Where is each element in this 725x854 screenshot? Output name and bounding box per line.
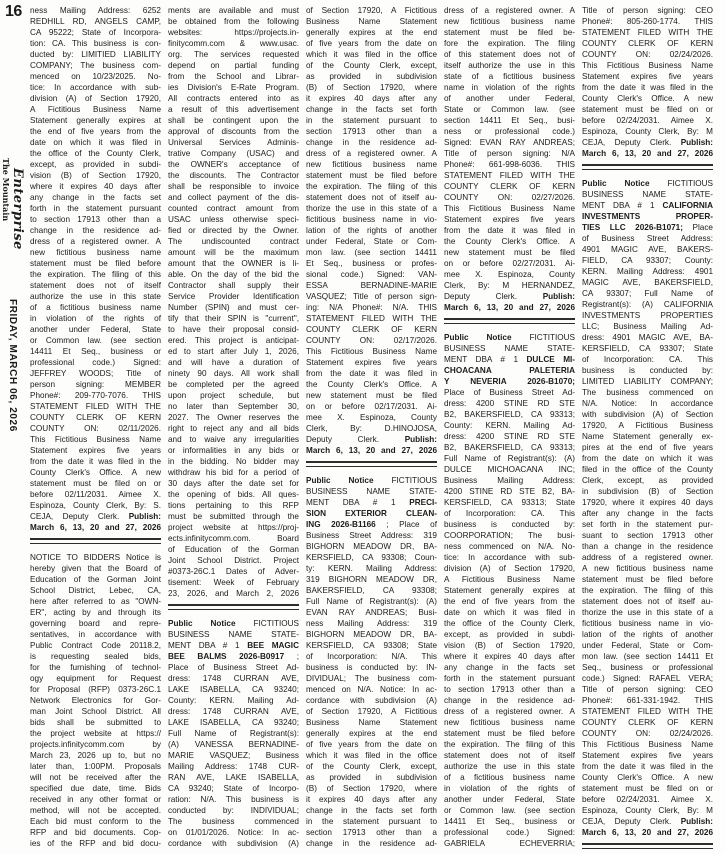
- text-line: statement does not of itself au-: [306, 192, 437, 203]
- text-line: County: KERN. Mailing Ad-: [444, 420, 575, 431]
- text-line: Each bid must conform to the: [30, 816, 161, 827]
- text-line: professional code.) Signed:: [30, 357, 161, 368]
- text-line: lation of the rights of another: [306, 225, 437, 236]
- text-line: ducted by: LIMITIED LIABILITY: [30, 49, 161, 60]
- text-line: Statement expires five years: [582, 750, 713, 761]
- text-line: 14411 Et Seq., business or: [30, 346, 161, 357]
- text-line: the expiration. The filing of this: [30, 269, 161, 280]
- text-line: Universal Services Adminis-: [168, 137, 299, 148]
- text-line: new fictitious business name: [306, 159, 437, 170]
- text-line: under Federal, State or Com-: [582, 640, 713, 651]
- text-line: LLC; Business Mailing Ad-: [582, 321, 713, 332]
- text-line: on 01/01/2026. Notice: In ac-: [168, 827, 299, 838]
- text-line: change in the residence ad-: [444, 695, 575, 706]
- text-line: fictitious business name in vio-: [582, 618, 713, 629]
- text-line: person signing: MEMBER: [30, 379, 161, 390]
- text-line: March 6, 13, 20 and 27, 2026: [30, 522, 161, 533]
- text-line: mee X. Espinoza, County: [306, 412, 437, 423]
- text-line: COUNTY ON: 02/27/2026.: [444, 192, 575, 203]
- text-line: COUNTY ON: 02/11/2026.: [30, 423, 161, 434]
- text-line: any change in the facts set: [30, 192, 161, 203]
- text-line: cordance with subdivision (A): [168, 838, 299, 849]
- text-line: new statement must be filed: [306, 390, 437, 401]
- text-line: for the furnishing of technol-: [30, 662, 161, 673]
- text-line: MARIE VASQUEZ; Business: [168, 750, 299, 761]
- section-divider: [582, 164, 713, 170]
- text-line: of the County Clerk, except,: [306, 761, 437, 772]
- text-line: approval of discounts from the: [168, 126, 299, 137]
- text-line: which it was filed in the office: [306, 49, 437, 60]
- text-line: CEJA, Deputy Clerk. Publish:: [582, 137, 713, 148]
- text-line: thorize the use in this state of a: [582, 607, 713, 618]
- news-column-2: ments are available and mustbe obtained …: [168, 5, 299, 854]
- text-line: any change in the facts set: [444, 662, 575, 673]
- text-line: than a change in the residence: [582, 541, 713, 552]
- text-line: code.) Signed: RAFAEL VERA;: [582, 673, 713, 684]
- text-line: Mailing Address: 1748 CUR-: [168, 761, 299, 772]
- text-line: where it expires 40 days after: [444, 651, 575, 662]
- text-line: mon law. (see section 14411: [306, 247, 437, 258]
- text-line: section 17913 other than a: [306, 827, 437, 838]
- text-line: the end of five years from the: [30, 126, 161, 137]
- text-line: before 02/24/2031. Aimee X.: [582, 115, 713, 126]
- text-line: LIMITED LIABILITY COMPANY;: [582, 376, 713, 387]
- text-line: LAKE ISABELLA, CA 93240;: [168, 684, 299, 695]
- section-divider: [582, 843, 713, 849]
- text-line: set forth in the statement pur-: [582, 519, 713, 530]
- text-line: MENT DBA # 1 PRECI-: [306, 497, 437, 508]
- text-line: another under Federal, State: [444, 794, 575, 805]
- text-line: counted contract amount from: [168, 203, 299, 214]
- text-line: lation of the rights of another: [582, 629, 713, 640]
- text-line: tion: CA. This business is con-: [30, 38, 161, 49]
- text-line: mon law. (see section 14411 Et: [582, 651, 713, 662]
- text-line: COUNTY CLERK OF KERN: [30, 412, 161, 423]
- text-line: Seq., business or professional: [582, 662, 713, 673]
- text-line: to section 17913 other than a: [30, 214, 161, 225]
- text-line: The undiscounted contract: [168, 236, 299, 247]
- text-line: division (A) of Section 17920,: [444, 563, 575, 574]
- text-line: statement must be filed on or: [582, 104, 713, 115]
- text-line: section 17913 other than a: [306, 126, 437, 137]
- text-line: March 23, 2026 up to, but no: [30, 750, 161, 761]
- text-line: fore the expiration. The filing: [444, 38, 575, 49]
- text-line: STATEMENT FILED WITH THE: [444, 170, 575, 181]
- text-line: ninety 90 days. All work shall: [168, 368, 299, 379]
- text-line: statement does not of itself: [444, 750, 575, 761]
- text-line: COUNTY CLERK OF KERN: [582, 717, 713, 728]
- text-line: forth in the statement pursuant: [444, 673, 575, 684]
- text-line: MENT DBA # 1 DULCE MI-: [444, 354, 575, 365]
- text-line: finitycomm.com & www.usac.: [168, 38, 299, 49]
- text-line: authorize the use in this state: [444, 761, 575, 772]
- text-line: JEFFREY WOODS; Title of: [30, 368, 161, 379]
- text-line: (B) of Section 17920, where: [306, 783, 437, 794]
- text-line: of Incorporation: N/A. This: [306, 651, 437, 662]
- text-line: must be submitted through the: [168, 511, 299, 522]
- text-line: or Common law. (see section: [444, 805, 575, 816]
- text-line: mee X. Espinoza, County: [444, 269, 575, 280]
- text-line: which it was filed in the office: [306, 750, 437, 761]
- text-line: new fictitious business name: [444, 16, 575, 27]
- text-line: COORPORATION; The busi-: [444, 530, 575, 541]
- text-line: Service Provider Identification: [168, 291, 299, 302]
- text-line: another under Federal, State: [30, 324, 161, 335]
- text-line: of five years from the date on: [306, 38, 437, 49]
- text-line: B2, BAKERSFIELD, CA 93313;: [444, 409, 575, 420]
- text-line: Phone#: 805-260-1774. THIS: [582, 16, 713, 27]
- text-line: 30 days after the date set for: [168, 478, 299, 489]
- text-line: from the date it was filed in the: [30, 456, 161, 467]
- text-line: the office of the County Clerk,: [30, 148, 161, 159]
- text-line: as provided in subdivision: [306, 772, 437, 783]
- text-line: Phone#: 661-998-6036. THIS: [444, 159, 575, 170]
- text-line: tice: In accordance with sub-: [30, 82, 161, 93]
- text-line: shall be responsible to invoice: [168, 181, 299, 192]
- news-column-3: of Section 17920, A FictitiousBusiness N…: [306, 5, 437, 854]
- text-line: Public Notice FICTITIOUS: [168, 618, 299, 629]
- text-line: from the date it was filed in: [306, 368, 437, 379]
- text-line: Espinoza, County Clerk, By: M: [582, 126, 713, 137]
- text-line: All contracts entered into as: [168, 93, 299, 104]
- text-line: VASQUEZ; Title of person sign-: [306, 291, 437, 302]
- text-line: new statement must be filed: [444, 247, 575, 258]
- section-divider: [444, 318, 575, 324]
- text-line: change in the residence ad-: [306, 838, 437, 849]
- text-line: in violation of the rights of: [444, 783, 575, 794]
- text-line: Registrant(s): (A) CALIFORNIA: [582, 299, 713, 310]
- text-line: generally expires at the end: [306, 728, 437, 739]
- text-line: Network Electronics for Gor-: [30, 695, 161, 706]
- text-line: dress: 1748 CURRAN AVE,: [168, 706, 299, 717]
- text-line: with subdivision (A) of Section: [582, 409, 713, 420]
- text-line: ness commenced on N/A. No-: [444, 541, 575, 552]
- text-line: the OWNER's acceptance of: [168, 159, 299, 170]
- text-line: from the date it was filed in: [444, 225, 575, 236]
- text-line: Signed: EVAN RAY ANDREAS;: [444, 137, 575, 148]
- text-line: depend on partial funding: [168, 60, 299, 71]
- text-line: professional code.) Signed:: [444, 827, 575, 838]
- text-line: INVESTMENTS PROPERTIES: [582, 310, 713, 321]
- text-line: project website at https://proj-: [168, 522, 299, 533]
- text-line: here after referred to as "OWN-: [30, 596, 161, 607]
- text-line: is requesting sealed bids,: [30, 651, 161, 662]
- text-line: (B) of Section 17920, where: [306, 82, 437, 93]
- text-line: menced on N/A. Notice: In ac-: [306, 684, 437, 695]
- text-line: statement must be filed before: [444, 728, 575, 739]
- text-line: 2027. The Owner reserves the: [168, 412, 299, 423]
- text-line: COUNTY CLERK OF KERN: [444, 181, 575, 192]
- text-line: the expiration. The filing of this: [582, 585, 713, 596]
- text-line: ration: N/A. This business is: [168, 794, 299, 805]
- text-line: 4901 MAGIC AVE, BAKERS-: [582, 244, 713, 255]
- text-line: BAKERSFIELD, CA 93308;: [306, 585, 437, 596]
- text-line: 23, 2026, and March 2, 2026: [168, 588, 299, 599]
- text-line: statement must be filed be-: [444, 27, 575, 38]
- text-line: Public Notice FICTITIOUS: [444, 332, 575, 343]
- text-line: Statement generally expires at: [444, 585, 575, 596]
- text-line: Contractor shall supply their: [168, 280, 299, 291]
- text-line: RFP and bid documents. Cop-: [30, 827, 161, 838]
- text-line: The business commenced: [168, 816, 299, 827]
- text-line: A Fictitious Business Name: [30, 104, 161, 115]
- text-line: shall be contingent upon the: [168, 115, 299, 126]
- text-line: or informalities in any bids or: [168, 445, 299, 456]
- text-line: Statement expires five years: [306, 357, 437, 368]
- text-line: CEJA, Deputy Clerk. Publish:: [30, 511, 161, 522]
- text-line: of five years from the date on: [306, 739, 437, 750]
- text-line: CA 95222; State of Incorpora-: [30, 27, 161, 38]
- news-column-4: dress of a registered owner. Anew fictit…: [444, 5, 575, 854]
- text-line: ogy equipment for Request: [30, 673, 161, 684]
- text-line: BUSINESS NAME STATE-: [582, 189, 713, 200]
- text-line: Clerk, By: D.HINOJOSA,: [306, 423, 437, 434]
- masthead-title-line2: Enterprise: [10, 168, 25, 250]
- text-line: STATEMENT FILED WITH THE: [582, 706, 713, 717]
- text-line: governing board and repre-: [30, 618, 161, 629]
- text-line: and collect payment of the dis-: [168, 192, 299, 203]
- text-line: it expires 40 days after any: [306, 794, 437, 805]
- text-line: websites: https://projects.in-: [168, 27, 299, 38]
- text-line: LAKE ISABELLA, CA 93240;: [168, 717, 299, 728]
- text-line: menced on 10/23/2025. No-: [30, 71, 161, 82]
- text-line: March 6, 13, 20 and 27, 2026: [582, 827, 713, 838]
- section-divider: [306, 461, 437, 467]
- text-line: BUSINESS NAME STATE-: [306, 486, 437, 497]
- text-line: division (A) of Section 17920,: [30, 93, 161, 104]
- newspaper-page: 16 The Mountain Enterprise FRIDAY, MARCH…: [0, 0, 725, 854]
- text-line: DULCE MICHOACANA INC;: [444, 464, 575, 475]
- text-line: and to waive any irregularities: [168, 434, 299, 445]
- text-line: ed to start after July 1, 2026,: [168, 346, 299, 357]
- text-line: Public Notice FICTITIOUS: [306, 475, 437, 486]
- text-line: of Education of the Gorman: [168, 544, 299, 555]
- text-line: the office of the County Clerk,: [444, 618, 575, 629]
- text-line: from the date on which it was: [582, 453, 713, 464]
- text-line: after any change in the facts: [582, 508, 713, 519]
- text-line: KERSFIELD, CA 93308; State: [306, 640, 437, 651]
- text-line: vision (B) of Section 17920,: [30, 170, 161, 181]
- text-line: from the School and Librar-: [168, 71, 299, 82]
- text-line: date on which it was filed in: [30, 137, 161, 148]
- text-line: ies Division's E-Rate Program.: [168, 82, 299, 93]
- text-line: BUSINESS NAME STATE-: [444, 343, 575, 354]
- page-edge-sidebar: 16 The Mountain Enterprise FRIDAY, MARCH…: [0, 0, 29, 854]
- text-line: sentatives, in accordance with: [30, 629, 161, 640]
- text-line: in the statement pursuant to: [306, 816, 437, 827]
- text-line: the County Clerk's Office. A: [444, 236, 575, 247]
- text-line: of a fictitious business name: [30, 302, 161, 313]
- text-line: of Section 17920, A Fictitious: [306, 706, 437, 717]
- text-line: B2, BAKERSFIELD, CA 93313;: [444, 442, 575, 453]
- text-line: for Proposal (RFP) 0373-26C.1: [30, 684, 161, 695]
- text-line: filed in the office of the County: [582, 464, 713, 475]
- text-line: ING 2026-B1166 ; Place of: [306, 519, 437, 530]
- text-line: Full Name of Registrant(s):: [168, 728, 299, 739]
- text-line: March 6, 13, 20 and 27, 2026: [444, 302, 575, 313]
- text-line: Phone#: 661-331-1942. THIS: [582, 695, 713, 706]
- text-line: Education of the Gorman Joint: [30, 574, 161, 585]
- text-line: statement must be filed on or: [30, 478, 161, 489]
- text-line: name in violation of the rights: [444, 82, 575, 93]
- text-line: ments are available and must: [168, 5, 299, 16]
- news-column-1: ness Mailing Address: 6252REDHILL RD, AN…: [30, 5, 161, 854]
- text-line: in subdivision (B) of Section: [582, 486, 713, 497]
- text-line: USAC unless otherwise speci-: [168, 214, 299, 225]
- section-divider: [168, 604, 299, 610]
- text-line: COUNTY CLERK OF KERN: [582, 38, 713, 49]
- text-line: FIELD, CA 93307; County:: [582, 255, 713, 266]
- text-line: School District, Lebec, CA,: [30, 585, 161, 596]
- text-line: INVESTMENTS PROPER-: [582, 211, 713, 222]
- text-line: Statement expires five years: [582, 71, 713, 82]
- text-line: forth in the statement pursuant: [30, 203, 161, 214]
- text-line: Clerk, By: M HERNANDEZ,: [444, 280, 575, 291]
- text-line: ects.infinitycomm.com. Board: [168, 533, 299, 544]
- text-line: dress of a registered owner. A: [306, 148, 437, 159]
- text-line: statement does not of itself: [30, 280, 161, 291]
- text-line: change in the facts set forth: [306, 805, 437, 816]
- text-line: hereby given that the Board of: [30, 563, 161, 574]
- text-line: trative Company (USAC) and: [168, 148, 299, 159]
- text-line: STATEMENT FILED WITH THE: [306, 313, 437, 324]
- text-line: man Joint School District. All: [30, 706, 161, 717]
- text-line: method, will not be accepted.: [30, 805, 161, 816]
- text-line: COUNTY CLERK OF KERN: [306, 324, 437, 335]
- text-line: as provided in subdivision: [306, 71, 437, 82]
- text-line: statement must be filed on or: [582, 783, 713, 794]
- text-line: ered. This project is anticipat-: [168, 335, 299, 346]
- text-line: STATEMENT FILED WITH THE: [30, 401, 161, 412]
- text-line: ies of the RFP and bid docu-: [30, 838, 161, 849]
- text-line: generally expires at the end: [306, 27, 437, 38]
- text-line: GABRIELA ECHEVERRIA;: [444, 838, 575, 849]
- text-line: TIES LLC 2026-B1071; Place: [582, 222, 713, 233]
- text-line: COMPANY; The business com-: [30, 60, 161, 71]
- text-line: org. The services requested: [168, 49, 299, 60]
- text-line: change in the residence ad-: [306, 137, 437, 148]
- text-line: be completed per the agreed: [168, 379, 299, 390]
- text-line: Et Seq., business or profes-: [306, 258, 437, 269]
- text-line: dress: 1748 CURRAN AVE,: [168, 673, 299, 684]
- text-line: tify that their SPIN is "current",: [168, 313, 299, 324]
- text-line: COUNTY ON: 02/17/2026.: [306, 335, 437, 346]
- text-line: Public Contract Code 20118.2,: [30, 640, 161, 651]
- text-line: EVAN RAY ANDREAS; Busi-: [306, 607, 437, 618]
- text-line: State or Common law. (see: [444, 104, 575, 115]
- text-line: Place of Business Street Ad-: [444, 387, 575, 398]
- news-column-5: Title of person signing: CEOPhone#: 805-…: [582, 5, 713, 854]
- text-line: on or before 02/27/2031. Ai-: [444, 258, 575, 269]
- text-line: of the County Clerk, except,: [306, 60, 437, 71]
- legal-notices-columns: ness Mailing Address: 6252REDHILL RD, AN…: [30, 0, 722, 854]
- text-line: projects.infinitycomm.com by: [30, 739, 161, 750]
- text-line: A Fictitious Business Name: [444, 574, 575, 585]
- text-line: STATEMENT FILED WITH THE: [582, 27, 713, 38]
- text-line: Title of person signing: N/A: [444, 148, 575, 159]
- text-line: to have their proposal consid-: [168, 324, 299, 335]
- text-line: received in any other format or: [30, 794, 161, 805]
- text-line: before 02/11/2031. Aimee X.: [30, 489, 161, 500]
- text-line: where it expires 40 days after: [30, 181, 161, 192]
- text-line: BIGHORN MEADOW DR, BA-: [306, 541, 437, 552]
- text-line: new fictitious business name: [30, 247, 161, 258]
- text-line: County Clerk's Office. A new: [30, 467, 161, 478]
- text-line: Business Name Statement: [306, 16, 437, 27]
- text-line: the discounts. The Contractor: [168, 170, 299, 181]
- text-line: Y NEVERIA 2026-B1070;: [444, 376, 575, 387]
- text-line: Clerk, except, as provided: [582, 475, 713, 486]
- text-line: Espinoza, County Clerk, By: M: [582, 805, 713, 816]
- text-line: MENT DBA # 1 CALIFORNIA: [582, 200, 713, 211]
- text-line: vision (B) of Section 17920,: [444, 640, 575, 651]
- text-line: Business Street Address: 319: [306, 530, 437, 541]
- text-line: A new fictitious business name: [582, 563, 713, 574]
- text-line: section 14411 Et Seq., busi-: [444, 115, 575, 126]
- text-line: CEJA, Deputy Clerk. Publish:: [582, 816, 713, 827]
- text-line: Phone#: 209-770-7076. THIS: [30, 390, 161, 401]
- text-line: MENT DBA # 1 BEE MAGIC: [168, 640, 299, 651]
- text-line: Name Statement generally ex-: [582, 431, 713, 442]
- text-line: the expiration. The filing of this: [306, 181, 437, 192]
- text-line: 319 BIGHORN MEADOW DR,: [306, 574, 437, 585]
- text-line: the end of five years from the: [444, 596, 575, 607]
- text-line: fictitious business name in vio-: [306, 214, 437, 225]
- text-line: MAGIC AVE, BAKERSFIELD,: [582, 277, 713, 288]
- text-line: Statement expires five years: [30, 445, 161, 456]
- text-line: address of a registered owner.: [582, 552, 713, 563]
- text-line: later than, 1:00PM. Proposals: [30, 761, 161, 772]
- text-line: This Fictitious Business Name: [444, 203, 575, 214]
- text-line: or Common law. (see section: [30, 335, 161, 346]
- text-line: of another under Federal,: [444, 93, 575, 104]
- text-line: 14411 Et Seq., business or: [444, 816, 575, 827]
- text-line: the expiration. The filing of this: [444, 739, 575, 750]
- text-line: ness Mailing Address: 6252: [30, 5, 161, 16]
- text-line: no later than September 30,: [168, 401, 299, 412]
- text-line: business is conducted by:: [444, 519, 575, 530]
- text-line: COUNTY ON: 02/24/2026.: [582, 49, 713, 60]
- text-line: NOTICE TO BIDDERS Notice is: [30, 552, 161, 563]
- text-line: COUNTY ON: 02/24/2026.: [582, 728, 713, 739]
- text-line: dress: 4901 MAGIC AVE, BA-: [582, 332, 713, 343]
- text-line: BIGHORN MEADOW DR, BA-: [306, 629, 437, 640]
- text-line: KERSFIELD, CA 93308; Coun-: [306, 552, 437, 563]
- text-line: specified due date, time. Bids: [30, 783, 161, 794]
- text-line: fied or directed by the Owner.: [168, 225, 299, 236]
- text-line: conducted by: INDIVIDUAL;: [168, 805, 299, 816]
- text-line: change in the facts set forth: [306, 104, 437, 115]
- text-line: state of a fictitious business: [444, 71, 575, 82]
- text-line: March 6, 13, 20 and 27, 2026: [582, 148, 713, 159]
- text-line: County Clerk's Office. A new: [582, 93, 713, 104]
- text-line: of Business Street Address:: [582, 233, 713, 244]
- text-line: Full Name of Registrant(s): (A): [306, 596, 437, 607]
- text-line: of Section 17920, A Fictitious: [306, 5, 437, 16]
- text-line: bids shall be submitted to: [30, 717, 161, 728]
- text-line: dress of a registered owner. A: [444, 5, 575, 16]
- text-line: business is conducted by: IN-: [306, 662, 437, 673]
- text-line: will not be received after the: [30, 772, 161, 783]
- text-line: tions pertaining to this RFP: [168, 500, 299, 511]
- text-line: statement does not of itself au-: [582, 596, 713, 607]
- text-line: Place of Business Street Ad-: [168, 662, 299, 673]
- text-line: of a fictitious business name: [444, 772, 575, 783]
- text-line: from the date it was filed in the: [582, 761, 713, 772]
- text-line: new fictitious business name: [444, 717, 575, 728]
- text-line: before 02/24/2031. Aimee X.: [582, 794, 713, 805]
- text-line: 17920, where it expires 40 days: [582, 497, 713, 508]
